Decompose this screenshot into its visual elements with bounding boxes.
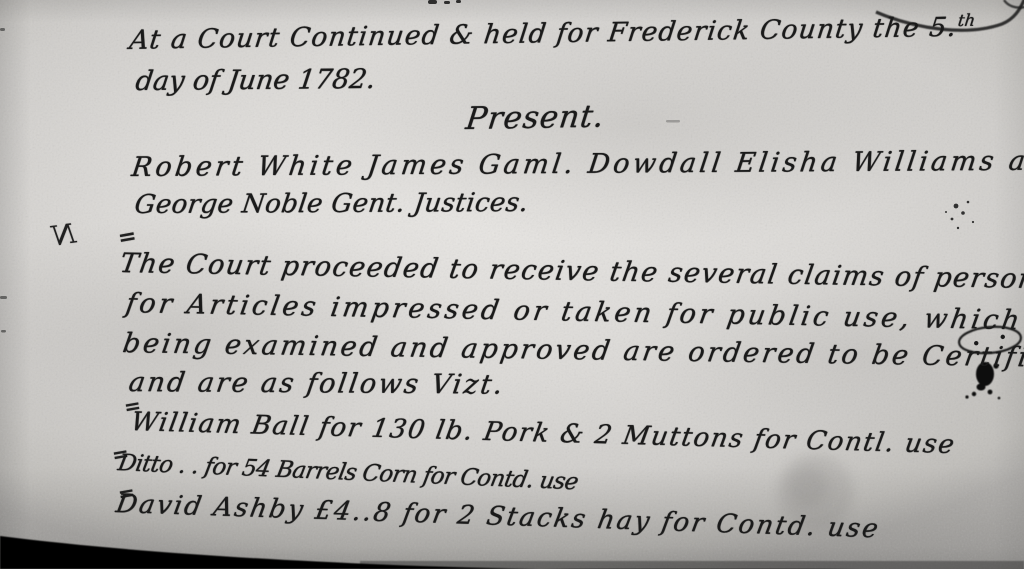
handwriting-layer: At a Court Continued & held for Frederic… [0,0,1024,569]
line-body-claims-1: The Court proceeded to receive the sever… [118,250,1024,293]
line-body-claims-2: for Articles impressed or taken for publ… [124,290,1024,334]
line-justices-names: Robert White James Gaml. Dowdall Elisha … [130,147,1024,181]
line-claim-david-ashby: David Ashby £4..8 for 2 Stacks hay for C… [114,491,882,542]
line-court-heading: At a Court Continued & held for Frederic… [128,13,976,55]
scanned-manuscript-page: At a Court Continued & held for Frederic… [0,0,1024,569]
margin-check-mark: N [50,220,77,250]
line-body-claims-3: being examined and approved are ordered … [121,330,1024,372]
entry-dash-mark: = [116,225,138,250]
line-justices-title: George Noble Gent. Justices. [133,190,530,218]
heading-present: Present. [464,102,606,135]
line-date: day of June 1782. [134,66,377,95]
line-body-claims-4: and are as follows Vizt. [127,369,507,399]
line-claim-ditto: Ditto . . for 54 Barrels Corn for Contd.… [116,452,580,494]
line-claim-william-ball: William Ball for 130 lb. Pork & 2 Mutton… [129,409,958,458]
